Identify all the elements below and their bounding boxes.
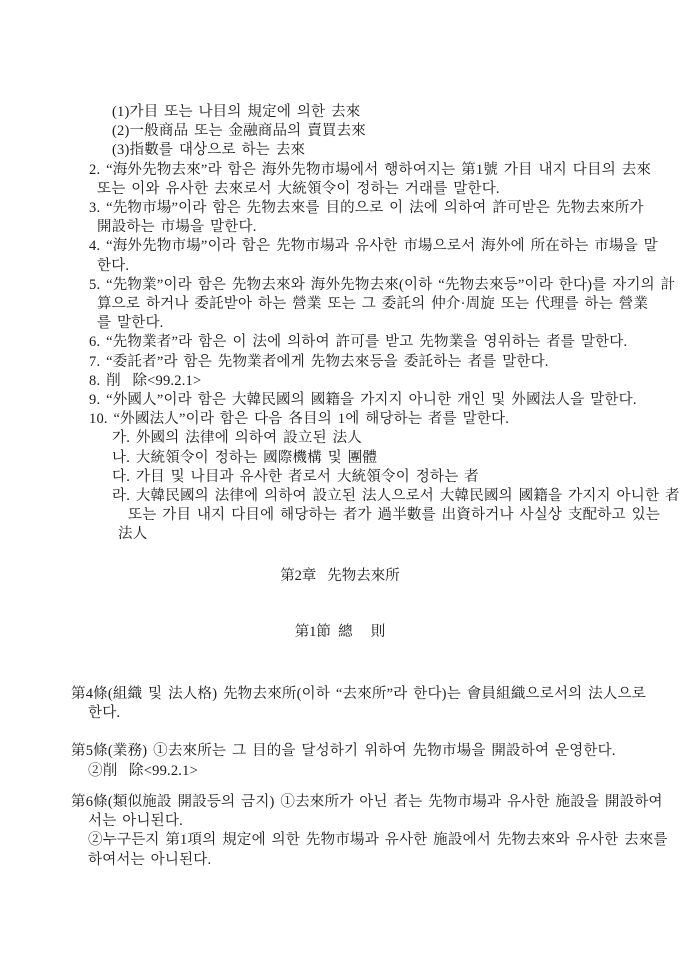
document-line: 法人 [0, 525, 680, 544]
article-6: 第6條(類似施設 開設등의 금지) ①去來所가 아닌 者는 先物市場과 유사한 … [0, 793, 680, 870]
section-heading: 第1節 總 則 [0, 623, 680, 642]
document-line: 나. 大統領令이 정하는 國際機構 및 團體 [0, 449, 680, 468]
document-line: 5. “先物業”이라 함은 先物去來와 海外先物去來(이하 “先物去來등”이라 … [0, 276, 680, 295]
document-line: 다. 가目 및 나目과 유사한 者로서 大統領令이 정하는 者 [0, 468, 680, 487]
document-line: 한다. [0, 704, 680, 723]
document-line: 또는 가目 내지 다目에 해당하는 者가 過半數를 出資하거나 사실상 支配하고… [0, 506, 680, 525]
chapter-heading: 第2章 先物去來所 [0, 567, 680, 586]
document-line: (2)一般商品 또는 金融商品의 賣買去來 [0, 122, 680, 141]
document-line: 算으로 하거나 委託받아 하는 營業 또는 그 委託의 仲介·周旋 또는 代理를… [0, 295, 680, 314]
document-line: ②削 除<99.2.1> [0, 762, 680, 781]
definition-list: (1)가目 또는 나目의 規定에 의한 去來 (2)一般商品 또는 金融商品의 … [0, 103, 680, 545]
document-line: 를 말한다. [0, 314, 680, 333]
document-line: 3. “先物市場”이라 함은 先物去來를 目的으로 이 法에 의하여 許可받은 … [0, 199, 680, 218]
document-line: 라. 大韓民國의 法律에 의하여 設立된 法人으로서 大韓民國의 國籍을 가지지… [0, 487, 680, 506]
document-line: 한다. [0, 257, 680, 276]
document-line: 하여서는 아니된다. [0, 851, 680, 870]
document-line: 第6條(類似施設 開設등의 금지) ①去來所가 아닌 者는 先物市場과 유사한 … [0, 793, 680, 812]
document-line: 가. 外國의 法律에 의하여 設立된 法人 [0, 429, 680, 448]
document-line: 第4條(組織 및 法人格) 先物去來所(이하 “去來所”라 한다)는 會員組織으… [0, 685, 680, 704]
document-line: 또는 이와 유사한 去來로서 大統領令이 정하는 거래를 말한다. [0, 180, 680, 199]
document-line: 10. “外國法人”이라 함은 다음 各目의 1에 해당하는 者를 말한다. [0, 410, 680, 429]
document-line: 開設하는 市場을 말한다. [0, 218, 680, 237]
document-line: 7. “委託者”라 함은 先物業者에게 先物去來등을 委託하는 者를 말한다. [0, 353, 680, 372]
document-line: 9. “外國人”이라 함은 大韓民國의 國籍을 가지지 아니한 개인 및 外國法… [0, 391, 680, 410]
document-page: (1)가目 또는 나目의 規定에 의한 去來 (2)一般商品 또는 金融商品의 … [0, 0, 680, 962]
document-line: (1)가目 또는 나目의 規定에 의한 去來 [0, 103, 680, 122]
document-line: 第5條(業務) ①去來所는 그 目的을 달성하기 위하여 先物市場을 開設하여 … [0, 742, 680, 761]
document-line: (3)指數를 대상으로 하는 去來 [0, 141, 680, 160]
document-line: 8. 削 除<99.2.1> [0, 372, 680, 391]
document-line: 서는 아니된다. [0, 812, 680, 831]
document-line: ②누구든지 第1項의 規定에 의한 先物市場과 유사한 施設에서 先物去來와 유… [0, 831, 680, 850]
document-line: 6. “先物業者”라 함은 이 法에 의하여 許可를 받고 先物業을 영위하는 … [0, 333, 680, 352]
article-4: 第4條(組織 및 法人格) 先物去來所(이하 “去來所”라 한다)는 會員組織으… [0, 685, 680, 723]
document-line: 4. “海外先物市場”이라 함은 先物市場과 유사한 市場으로서 海外에 所在하… [0, 237, 680, 256]
article-5: 第5條(業務) ①去來所는 그 目的을 달성하기 위하여 先物市場을 開設하여 … [0, 742, 680, 780]
document-line: 2. “海外先物去來”라 함은 海外先物市場에서 행하여지는 第1號 가目 내지… [0, 161, 680, 180]
